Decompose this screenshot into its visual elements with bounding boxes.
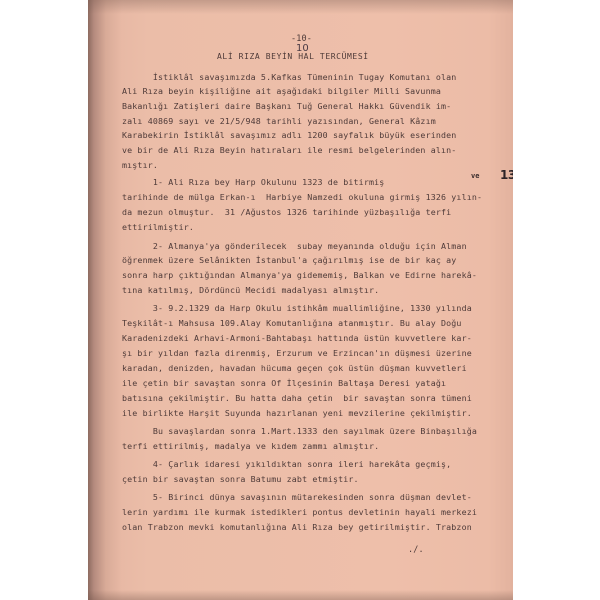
text-line: terfi ettirilmiş, madalya ve kıdem zammı… [122,441,379,451]
handwritten-annotation-prefix: ve [471,172,479,180]
text-line: tına katılmış, Dördüncü Mecidi madalyası… [122,285,379,295]
text-line: karadan, denizden, havadan hücuma geçen … [122,363,467,373]
continuation-mark: ./. [408,545,424,555]
text-line: ettirilmiştir. [122,222,194,232]
text-line: ile birlikte Harşit Suyunda hazırlanan y… [122,408,472,418]
text-line: zalı 40869 sayı ve 21/5/948 tarihli yazı… [122,116,436,126]
text-line: sonra harp çıktığından Almanya'ya gideme… [122,270,477,280]
text-line: olan Trabzon mevki komutanlığına Ali Rız… [122,522,472,532]
text-line: da mezun olmuştur. 31 /Ağustos 1326 tari… [122,207,451,217]
text-line: ile çetin bir savaştan sonra Of İlçesini… [122,378,446,388]
text-line: şı bir yıldan fazla direnmiş, Erzurum ve… [122,348,472,358]
text-line: İstiklâl savaşımızda 5.Kafkas Tümeninin … [122,72,456,82]
handwritten-annotation-year: 1328 [500,168,513,182]
text-line: Ali Rıza beyin kişiliğine ait aşağıdaki … [122,86,441,96]
text-line: 5- Birinci dünya savaşının mütarekesinde… [122,492,472,502]
text-line: tarihinde de mülga Erkan-ı Harbiye Namze… [122,192,482,202]
text-line: 3- 9.2.1329 da Harp Okulu istihkâm muall… [122,303,472,313]
text-line: 2- Almanya'ya gönderilecek subay meyanın… [122,241,467,251]
text-line: çetin bir savaştan sonra Batumu zabt etm… [122,474,359,484]
text-line: Teşkilât-ı Mahsusa 109.Alay Komutanlığın… [122,318,462,328]
text-line: öğrenmek üzere Selânikten İstanbul'a çağ… [122,255,456,265]
text-line: 4- Çarlık idaresi yıkıldıktan sonra iler… [122,459,451,469]
text-line: Bu savaşlardan sonra 1.Mart.1333 den say… [122,426,477,436]
text-line: lerin yardımı ile kurmak istedikleri pon… [122,507,477,517]
text-line: Bakanlığı Zatişleri daire Başkanı Tuğ Ge… [122,101,451,111]
text-line: ve bir de Ali Rıza Beyin hatıraları ile … [122,145,456,155]
document-title: ALİ RIZA BEYİN HAL TERCÜMESİ [217,52,369,61]
text-line: Karadenizdeki Arhavi-Armoni-Bahtabaşı ha… [122,333,472,343]
text-line: 1- Ali Rıza bey Harp Okulunu 1323 de bit… [122,177,384,187]
text-line: Karabekirin İstiklâl savaşımız adlı 1200… [122,130,456,140]
document-page: -10- 10 ALİ RIZA BEYİN HAL TERCÜMESİ İst… [88,0,513,600]
text-line: mıştır. [122,160,158,170]
text-line: batısına çekilmiştir. Bu hatta daha çeti… [122,393,472,403]
